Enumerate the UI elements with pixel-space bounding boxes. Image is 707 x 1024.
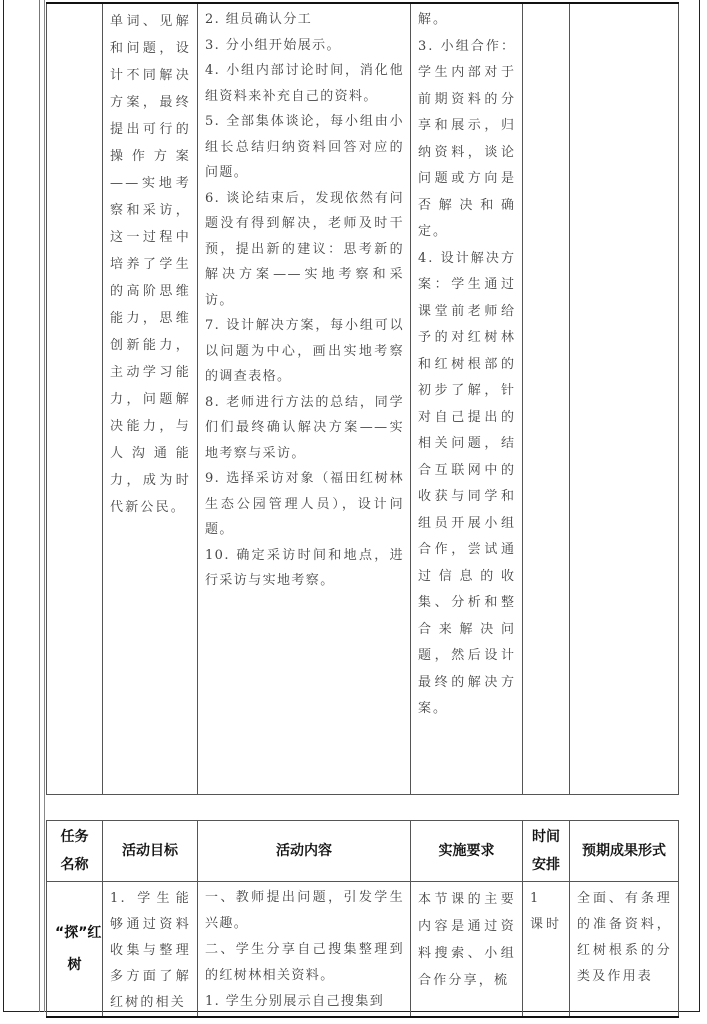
table-header-row: 任务名称 活动目标 活动内容 实施要求 时间安排 预期成果形式	[47, 821, 679, 882]
content-step: 二、学生分享自己搜集整理到的红树林相关资料。	[205, 937, 404, 989]
task-name-cell: “探”红树	[47, 882, 103, 1018]
requirement-item: 解。	[418, 7, 516, 34]
content-step: 1. 学生分别展示自己搜集到	[205, 989, 404, 1015]
content-step: 8. 老师进行方法的总结，同学们们最终确认解决方案——实地考察与采访。	[205, 390, 404, 467]
header-requirements: 实施要求	[411, 821, 523, 882]
outcome-cell: 全面、有条理的准备资料，红树根系的分类及作用表	[570, 882, 679, 1018]
header-outcome: 预期成果形式	[570, 821, 679, 882]
time-text: 1 课时	[523, 882, 569, 938]
content-list: 一、教师提出问题，引发学生兴趣。 二、学生分享自己搜集整理到的红树林相关资料。 …	[198, 882, 410, 1015]
content-step: 5. 全部集体谈论，每小组由小组长总结归纳资料回答对应的问题。	[205, 109, 404, 186]
content-step: 10. 确定采访时间和地点，进行采访与实地考察。	[205, 543, 404, 594]
requirement-item: 4. 设计解决方案：学生通过课堂前老师给予的对红树林和红树根部的初步了解，针对自…	[418, 246, 516, 723]
task-name-cell	[47, 3, 103, 794]
goals-cell: 1. 学生能够通过资料收集与整理多方面了解红树的相关	[103, 882, 198, 1018]
content-step: 4. 小组内部讨论时间，消化他组资料来补充自己的资料。	[205, 58, 404, 109]
content-step: 3. 分小组开始展示。	[205, 33, 404, 59]
content-step: 6. 谈论结束后，发现依然有问题没有得到解决，老师及时干预，提出新的建议：思考新…	[205, 186, 404, 314]
goals-text: 1. 学生能够通过资料收集与整理多方面了解红树的相关	[103, 882, 197, 1016]
goals-cell: 单词、见解和问题，设计不同解决方案，最终提出可行的操作方案——实地考察和采访，这…	[103, 3, 198, 794]
content-list: 2. 组员确认分工 3. 分小组开始展示。 4. 小组内部讨论时间，消化他组资料…	[198, 4, 410, 594]
activity-table: 任务名称 活动目标 活动内容 实施要求 时间安排 预期成果形式 “探”红树 1.…	[46, 820, 679, 1018]
header-time: 时间安排	[523, 821, 570, 882]
requirements-text: 本节课的主要内容是通过资料搜索、小组合作分享，梳	[411, 882, 522, 994]
outcome-cell	[570, 3, 679, 794]
content-cell: 2. 组员确认分工 3. 分小组开始展示。 4. 小组内部讨论时间，消化他组资料…	[198, 3, 411, 794]
table-row: “探”红树 1. 学生能够通过资料收集与整理多方面了解红树的相关 一、教师提出问…	[47, 882, 679, 1018]
goals-text: 单词、见解和问题，设计不同解决方案，最终提出可行的操作方案——实地考察和采访，这…	[103, 4, 197, 521]
content-step: 一、教师提出问题，引发学生兴趣。	[205, 885, 404, 937]
header-content: 活动内容	[198, 821, 411, 882]
content-step: 9. 选择采访对象（福田红树林生态公园管理人员），设计问题。	[205, 466, 404, 543]
requirement-item: 3. 小组合作：学生内部对于前期资料的分享和展示，归纳资料，谈论问题或方向是否解…	[418, 34, 516, 246]
header-task-name: 任务名称	[47, 821, 103, 882]
left-margin-rule	[39, 0, 40, 1012]
left-margin-rule-inner	[44, 0, 45, 1012]
content-step: 2. 组员确认分工	[205, 7, 404, 33]
time-cell: 1 课时	[523, 882, 570, 1018]
activity-table-continued: 单词、见解和问题，设计不同解决方案，最终提出可行的操作方案——实地考察和采访，这…	[46, 2, 679, 795]
time-cell	[523, 3, 570, 794]
table-row: 单词、见解和问题，设计不同解决方案，最终提出可行的操作方案——实地考察和采访，这…	[47, 3, 679, 794]
requirements-list: 解。 3. 小组合作：学生内部对于前期资料的分享和展示，归纳资料，谈论问题或方向…	[411, 4, 522, 723]
requirements-cell: 本节课的主要内容是通过资料搜索、小组合作分享，梳	[411, 882, 523, 1018]
content-step: 7. 设计解决方案，每小组可以以问题为中心，画出实地考察的调查表格。	[205, 313, 404, 390]
outcome-text: 全面、有条理的准备资料，红树根系的分类及作用表	[570, 882, 678, 990]
requirements-cell: 解。 3. 小组合作：学生内部对于前期资料的分享和展示，归纳资料，谈论问题或方向…	[411, 3, 523, 794]
content-cell: 一、教师提出问题，引发学生兴趣。 二、学生分享自己搜集整理到的红树林相关资料。 …	[198, 882, 411, 1018]
header-goals: 活动目标	[103, 821, 198, 882]
